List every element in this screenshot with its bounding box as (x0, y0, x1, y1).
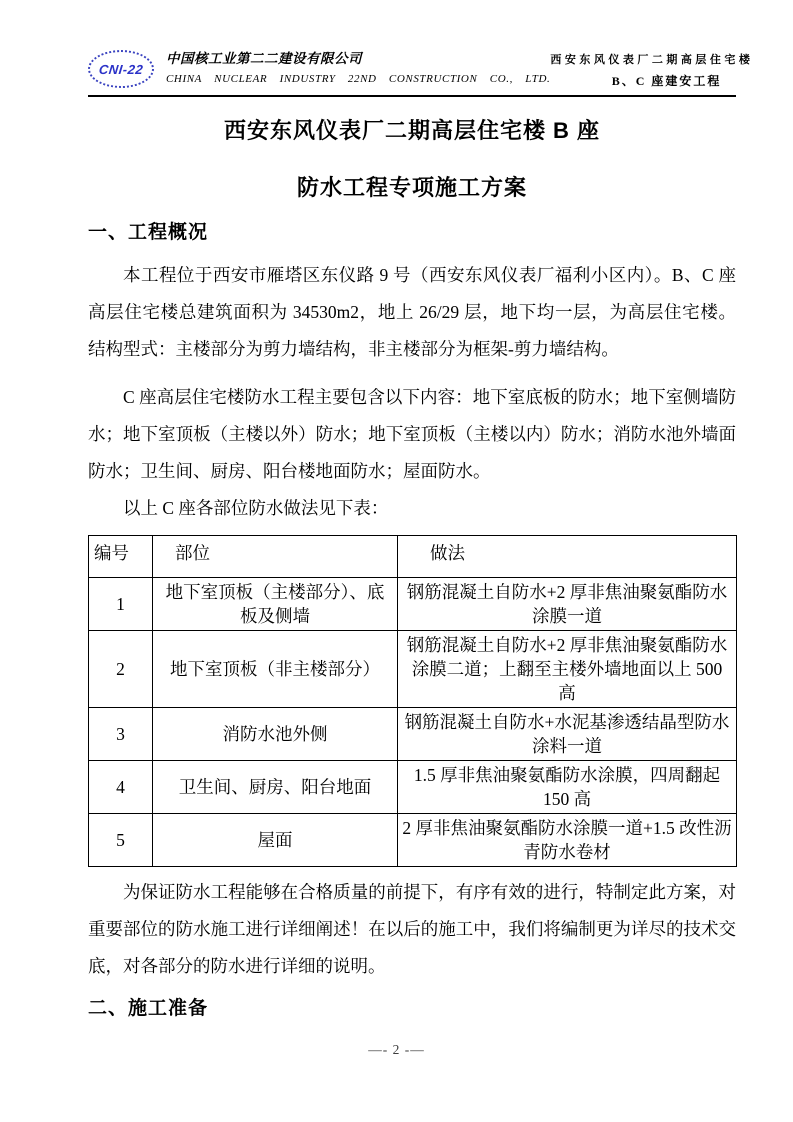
cell-number: 1 (89, 578, 153, 631)
company-name-english: CHINA NUCLEAR INDUSTRY 22ND CONSTRUCTION… (166, 70, 550, 88)
table-row: 4 卫生间、厨房、阳台地面 1.5 厚非焦油聚氨酯防水涂膜，四周翻起 150 高 (89, 761, 737, 814)
company-logo: CNI-22 (88, 50, 154, 88)
cell-number: 5 (89, 814, 153, 867)
cell-number: 3 (89, 708, 153, 761)
cell-method: 钢筋混凝土自防水+水泥基渗透结晶型防水涂料一道 (398, 708, 737, 761)
cell-location: 地下室顶板（主楼部分）、底板及侧墙 (153, 578, 398, 631)
waterproofing-methods-table: 编号 部位 做法 1 地下室顶板（主楼部分）、底板及侧墙 钢筋混凝土自防水+2 … (88, 535, 737, 867)
paragraph-table-intro: 以上 C 座各部位防水做法见下表： (88, 490, 736, 527)
document-title-line2: 防水工程专项施工方案 (88, 173, 736, 203)
column-header-number: 编号 (89, 536, 153, 578)
cell-method: 2 厚非焦油聚氨酯防水涂膜一道+1.5 改性沥青防水卷材 (398, 814, 737, 867)
paragraph-plan-purpose: 为保证防水工程能够在合格质量的前提下，有序有效的进行，特制定此方案，对重要部位的… (88, 874, 736, 985)
cell-location: 卫生间、厨房、阳台地面 (153, 761, 398, 814)
cell-location: 屋面 (153, 814, 398, 867)
cell-location: 地下室顶板（非主楼部分） (153, 631, 398, 708)
table-row: 3 消防水池外侧 钢筋混凝土自防水+水泥基渗透结晶型防水涂料一道 (89, 708, 737, 761)
document-header: CNI-22 中国核工业第二二建设有限公司 CHINA NUCLEAR INDU… (88, 48, 736, 97)
cell-method: 钢筋混凝土自防水+2 厚非焦油聚氨酯防水涂膜二道；上翻至主楼外墙地面以上 500… (398, 631, 737, 708)
project-name-line1: 西安东风仪表厂二期高层住宅楼 (550, 52, 753, 68)
cell-number: 4 (89, 761, 153, 814)
project-name-block: 西安东风仪表厂二期高层住宅楼 B、C 座建安工程 (550, 48, 753, 91)
cell-method: 钢筋混凝土自防水+2 厚非焦油聚氨酯防水涂膜一道 (398, 578, 737, 631)
section-1-heading: 一、工程概况 (88, 220, 736, 246)
company-logo-text: CNI-22 (98, 62, 144, 77)
cell-method: 1.5 厚非焦油聚氨酯防水涂膜，四周翻起 150 高 (398, 761, 737, 814)
page-number: —- 2 -— (0, 1042, 793, 1058)
project-name-line2: B、C 座建安工程 (550, 71, 753, 91)
section-2-heading: 二、施工准备 (88, 996, 736, 1022)
cell-number: 2 (89, 631, 153, 708)
column-header-method: 做法 (398, 536, 737, 578)
cell-location: 消防水池外侧 (153, 708, 398, 761)
table-row: 1 地下室顶板（主楼部分）、底板及侧墙 钢筋混凝土自防水+2 厚非焦油聚氨酯防水… (89, 578, 737, 631)
paragraph-project-overview: 本工程位于西安市雁塔区东仪路 9 号（西安东风仪表厂福利小区内）。B、C 座高层… (88, 257, 736, 368)
document-page: CNI-22 中国核工业第二二建设有限公司 CHINA NUCLEAR INDU… (0, 0, 793, 1122)
company-name-chinese: 中国核工业第二二建设有限公司 (166, 48, 550, 70)
table-row: 2 地下室顶板（非主楼部分） 钢筋混凝土自防水+2 厚非焦油聚氨酯防水涂膜二道；… (89, 631, 737, 708)
company-name-block: 中国核工业第二二建设有限公司 CHINA NUCLEAR INDUSTRY 22… (166, 48, 550, 88)
table-header-row: 编号 部位 做法 (89, 536, 737, 578)
paragraph-waterproof-scope: C 座高层住宅楼防水工程主要包含以下内容：地下室底板的防水；地下室侧墙防水；地下… (88, 379, 736, 490)
document-title-line1: 西安东风仪表厂二期高层住宅楼 B 座 (88, 116, 736, 146)
table-row: 5 屋面 2 厚非焦油聚氨酯防水涂膜一道+1.5 改性沥青防水卷材 (89, 814, 737, 867)
column-header-location: 部位 (153, 536, 398, 578)
